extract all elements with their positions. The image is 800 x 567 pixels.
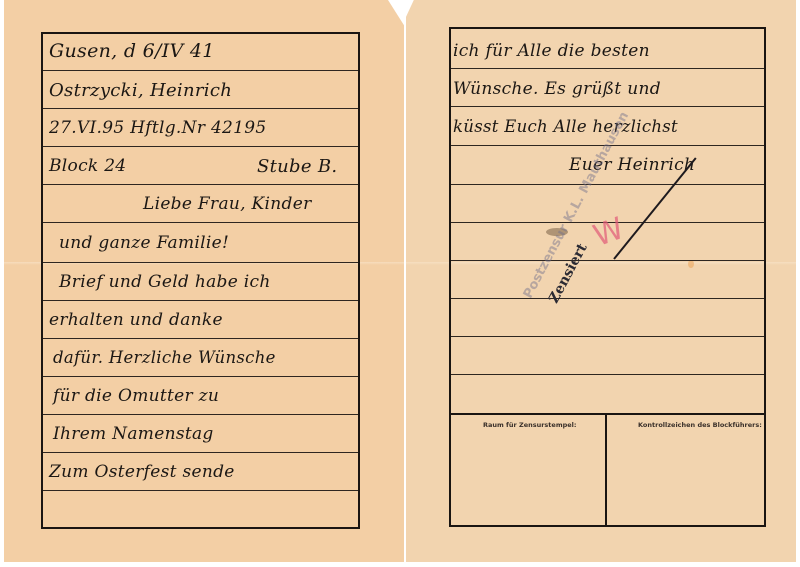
ruled-line [43,490,358,491]
ruled-line [451,298,764,299]
letter-line: Wünsche. Es grüßt und [453,79,661,99]
ruled-line [451,336,764,337]
sender-block: Block 24 [49,156,126,176]
sender-stube: Stube B. [257,156,337,177]
ruled-line [43,376,358,377]
ruled-line [43,414,358,415]
letter-line: küsst Euch Alle herzlichst [453,117,678,136]
ruled-line [43,184,358,185]
ruled-line [43,222,358,223]
ruled-line [43,338,358,339]
letter-page-back: ich für Alle die besten Wünsche. Es grüß… [406,0,796,562]
letter-line: Brief und Geld habe ich [59,272,271,292]
letter-line: für die Omutter zu [53,386,219,406]
letter-page-front: Gusen, d 6/IV 41 Ostrzycki, Heinrich 27.… [4,0,404,562]
censor-stamp-field-label: Raum für Zensurstempel: [483,421,576,429]
ruled-line [43,146,358,147]
sender-birthdate-prisoner-number: 27.VI.95 Hftlg.Nr 42195 [49,118,267,138]
ruled-line [43,262,358,263]
letter-line: Liebe Frau, Kinder [143,194,312,214]
ruled-line [43,452,358,453]
form-section-divider [451,413,764,415]
blockfuehrer-field-label: Kontrollzeichen des Blockführers: [638,421,762,429]
letter-line: dafür. Herzliche Wünsche [53,348,276,367]
ruled-line [451,68,764,69]
letter-line: ich für Alle die besten [453,41,650,61]
letter-line: Ihrem Namenstag [53,424,214,444]
sender-name: Ostrzycki, Heinrich [49,80,232,101]
ruled-line [451,260,764,261]
ruled-line [451,184,764,185]
letter-ruled-box: Gusen, d 6/IV 41 Ostrzycki, Heinrich 27.… [41,32,360,529]
ruled-line [43,300,358,301]
ruled-line [43,70,358,71]
ruled-line [451,106,764,107]
ruled-line [43,108,358,109]
form-column-divider [605,415,607,525]
letter-ruled-box: ich für Alle die besten Wünsche. Es grüß… [449,27,766,527]
letter-place-date: Gusen, d 6/IV 41 [49,40,215,62]
ruled-line [451,374,764,375]
letter-line: Zum Osterfest sende [49,462,235,482]
letter-line: erhalten und danke [49,310,223,330]
letter-line: und ganze Familie! [59,233,229,253]
